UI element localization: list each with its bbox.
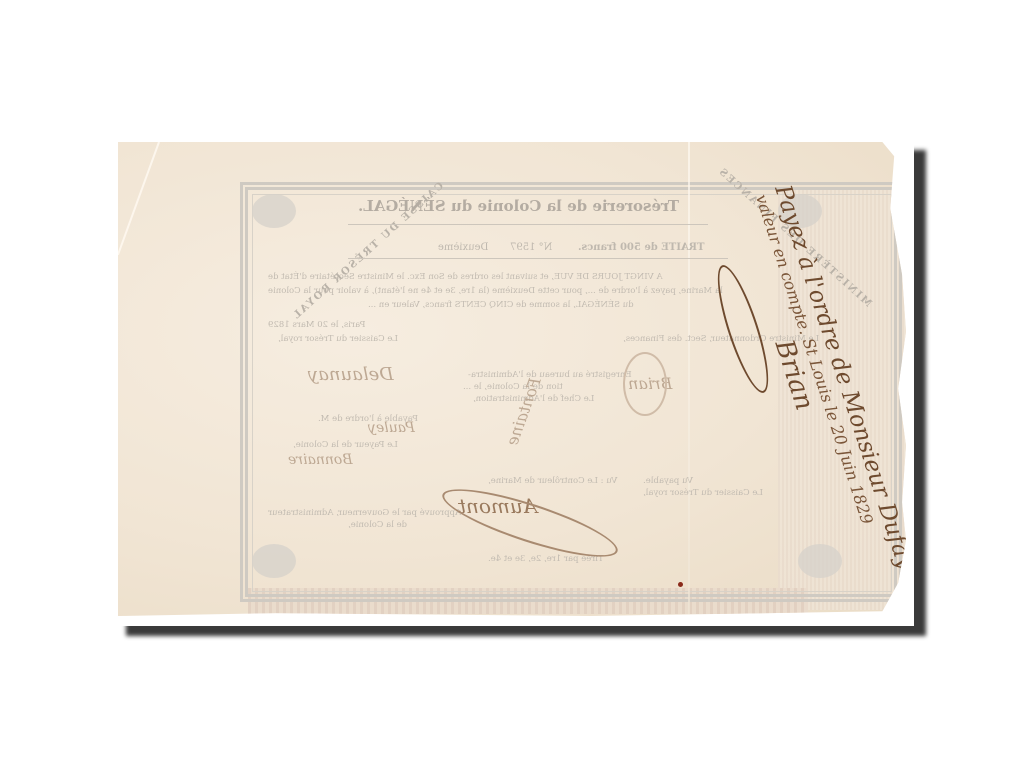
controleur-label: Vu : Le Contrôleur de Marine, (488, 476, 617, 486)
seal-top-left-icon (252, 194, 296, 228)
signature-flourish (623, 352, 667, 416)
fold-crease (688, 142, 690, 616)
approved-line-1: Approuvé par le Gouverneur, Administrate… (268, 508, 461, 518)
header-rule (348, 224, 708, 225)
payeur-label: Le Payeur de la Colonie, (293, 440, 398, 450)
registered-line-1: Enregistré au bureau de l'Administra- (468, 370, 632, 380)
header-title: Trésorerie de la Colonie du SÉNÉGAL. (358, 197, 679, 215)
ink-spot (678, 582, 683, 587)
draft-series: Deuxième (438, 242, 489, 253)
draft-number: N° 1597 (510, 242, 552, 253)
signature-2: Pauley (368, 420, 415, 436)
document-sheet: CAISSE DU TRÉSOR ROYAL MINISTÈRE DES FIN… (118, 142, 906, 616)
caissier-tresor-label: Le Caissier du Trésor royal, (643, 488, 763, 498)
body-line-2: la Marine, payez à l'ordre de ..., pour … (268, 286, 723, 296)
registered-line-2: tion de la Colonie, le ... (463, 382, 563, 392)
draft-rule (348, 258, 728, 259)
place-date: Paris, le 20 Mars 1829 (268, 320, 365, 330)
signature-3: Bonnaire (288, 452, 353, 468)
vu-payable-label: Vu payable. (643, 476, 693, 486)
cashier-label: Le Caissier du Trésor royal, (278, 334, 398, 344)
body-line-1: A VINGT JOURS DE VUE, et suivant les ord… (268, 272, 663, 282)
seal-bottom-left-icon (252, 544, 296, 578)
draft-amount: TRAITE de 500 francs. (578, 242, 704, 253)
signature-1: Delaunay (308, 364, 394, 385)
seal-bottom-right-icon (798, 544, 842, 578)
body-line-3: du SÉNÉGAL, la somme de CINQ CENTS franc… (368, 300, 634, 310)
diagonal-crease (117, 142, 160, 255)
approved-line-2: de la Colonie, (348, 520, 407, 530)
